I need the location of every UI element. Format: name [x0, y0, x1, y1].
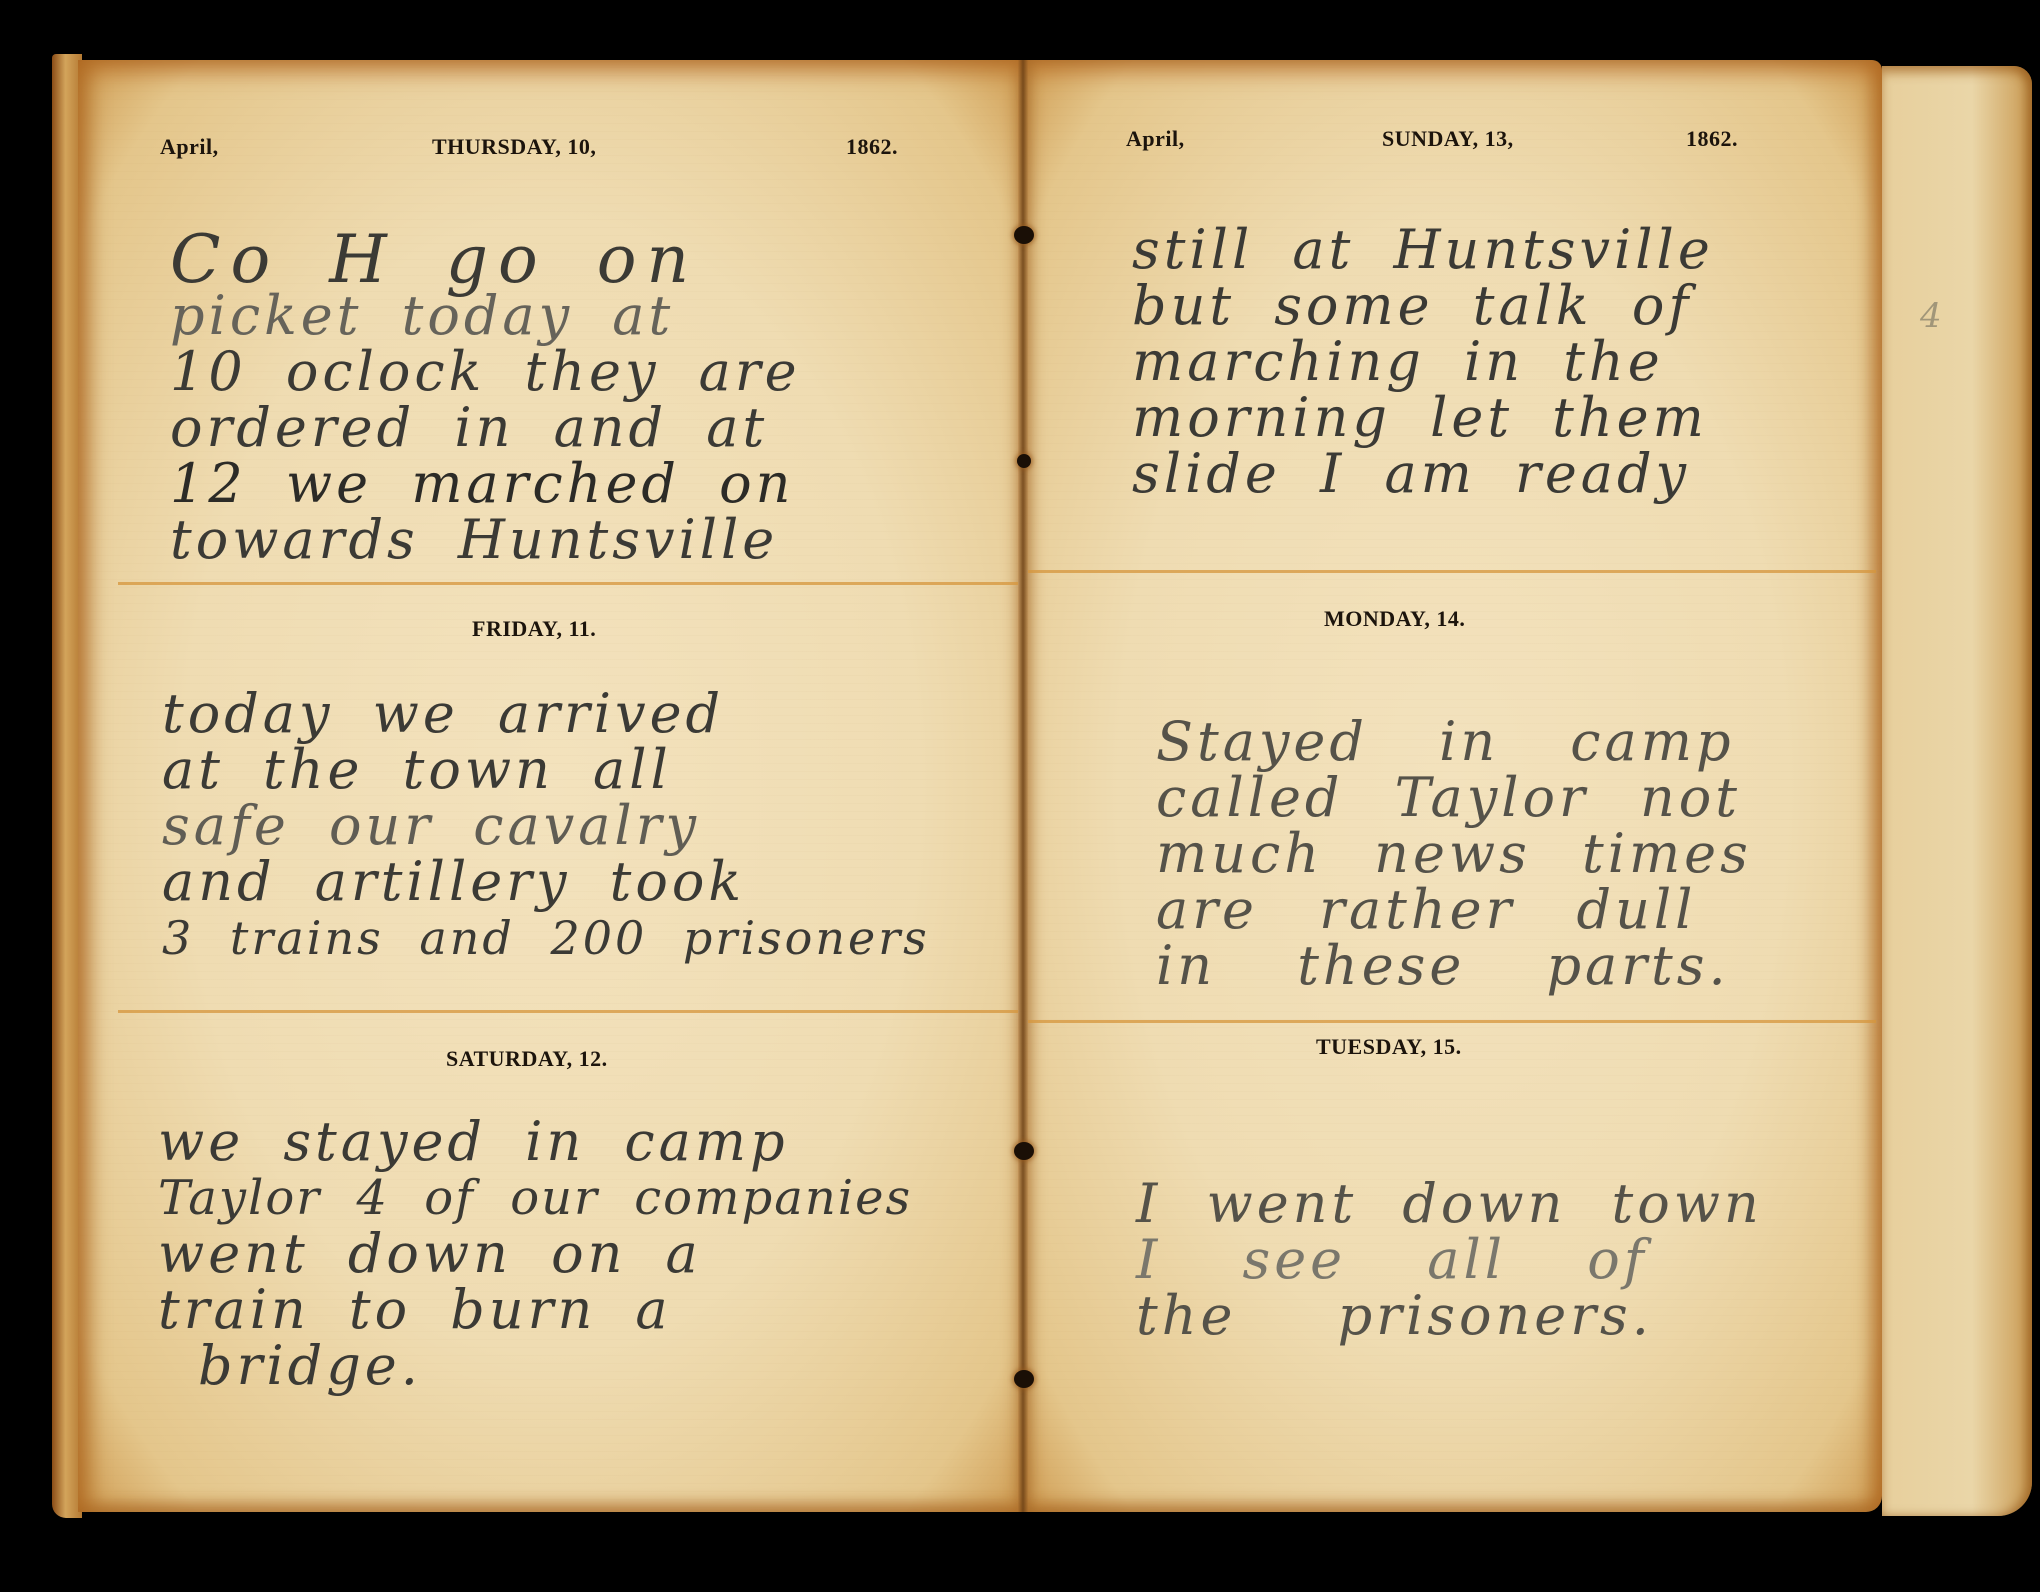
entry-line: are rather dull — [1156, 882, 1752, 938]
entry-line: towards Huntsville — [170, 512, 801, 568]
day-divider — [118, 582, 1018, 585]
entry-line: Taylor 4 of our companies — [158, 1170, 912, 1226]
header-month: April, — [160, 134, 219, 160]
day-divider — [1028, 1020, 1876, 1023]
day-label-tuesday: TUESDAY, 15. — [1316, 1034, 1462, 1060]
header-day: SUNDAY, 13, — [1382, 126, 1514, 152]
day-label-monday: MONDAY, 14. — [1324, 606, 1465, 632]
header-day: THURSDAY, 10, — [432, 134, 596, 160]
entry-line: 12 we marched on — [170, 456, 801, 512]
binding-stitch-hole — [1017, 454, 1031, 468]
entry-line: marching in the — [1132, 334, 1714, 390]
entry-line: ordered in and at — [170, 400, 801, 456]
entry-line: went down on a — [158, 1226, 912, 1282]
entry-line: picket today at — [170, 288, 801, 344]
day-label-saturday: SATURDAY, 12. — [446, 1046, 608, 1072]
entry-saturday-12: we stayed in camp Taylor 4 of our compan… — [158, 1114, 912, 1394]
entry-line: Stayed in camp — [1156, 714, 1752, 770]
binding-stitch-hole — [1014, 1142, 1034, 1160]
entry-line: slide I am ready — [1132, 446, 1714, 502]
day-divider — [118, 1010, 1018, 1013]
entry-line: 3 trains and 200 prisoners — [162, 910, 930, 966]
day-divider — [1028, 570, 1876, 573]
header-year: 1862. — [1686, 126, 1738, 152]
entry-line: I went down town — [1136, 1176, 1763, 1232]
margin-pencil-mark: 4 — [1920, 296, 1942, 336]
book-spine-gutter — [1018, 60, 1028, 1512]
entry-line: bridge. — [158, 1338, 912, 1394]
entry-line: 10 oclock they are — [170, 344, 801, 400]
entry-thursday-10: Co H go on picket today at 10 oclock the… — [170, 232, 801, 568]
next-leaf-edge: 4 — [1882, 66, 2032, 1516]
entry-monday-14: Stayed in camp called Taylor not much ne… — [1156, 714, 1752, 994]
entry-line: I see all of — [1136, 1232, 1763, 1288]
day-label-friday: FRIDAY, 11. — [472, 616, 596, 642]
entry-line: morning let them — [1132, 390, 1714, 446]
open-diary: 4 April, THURSDAY, 10, 1862. Co H go on … — [52, 54, 1982, 1518]
entry-tuesday-15: I went down town I see all of the prison… — [1136, 1176, 1763, 1344]
entry-line: train to burn a — [158, 1282, 912, 1338]
binding-stitch-hole — [1014, 1370, 1034, 1388]
entry-line: much news times — [1156, 826, 1752, 882]
right-page: April, SUNDAY, 13, 1862. still at Huntsv… — [1024, 60, 1882, 1512]
entry-line: the prisoners. — [1136, 1288, 1763, 1344]
entry-line: in these parts. — [1156, 938, 1752, 994]
entry-line: safe our cavalry — [162, 798, 930, 854]
entry-line: still at Huntsville — [1132, 222, 1714, 278]
entry-line: today we arrived — [162, 686, 930, 742]
header-year: 1862. — [846, 134, 898, 160]
entry-line: called Taylor not — [1156, 770, 1752, 826]
left-page: April, THURSDAY, 10, 1862. Co H go on pi… — [78, 60, 1024, 1512]
entry-line: at the town all — [162, 742, 930, 798]
entry-line: and artillery took — [162, 854, 930, 910]
entry-line: Co H go on — [170, 232, 801, 288]
entry-friday-11: today we arrived at the town all safe ou… — [162, 686, 930, 966]
entry-sunday-13: still at Huntsville but some talk of mar… — [1132, 222, 1714, 502]
entry-line: but some talk of — [1132, 278, 1714, 334]
entry-line: we stayed in camp — [158, 1114, 912, 1170]
binding-stitch-hole — [1014, 226, 1034, 244]
header-month: April, — [1126, 126, 1185, 152]
